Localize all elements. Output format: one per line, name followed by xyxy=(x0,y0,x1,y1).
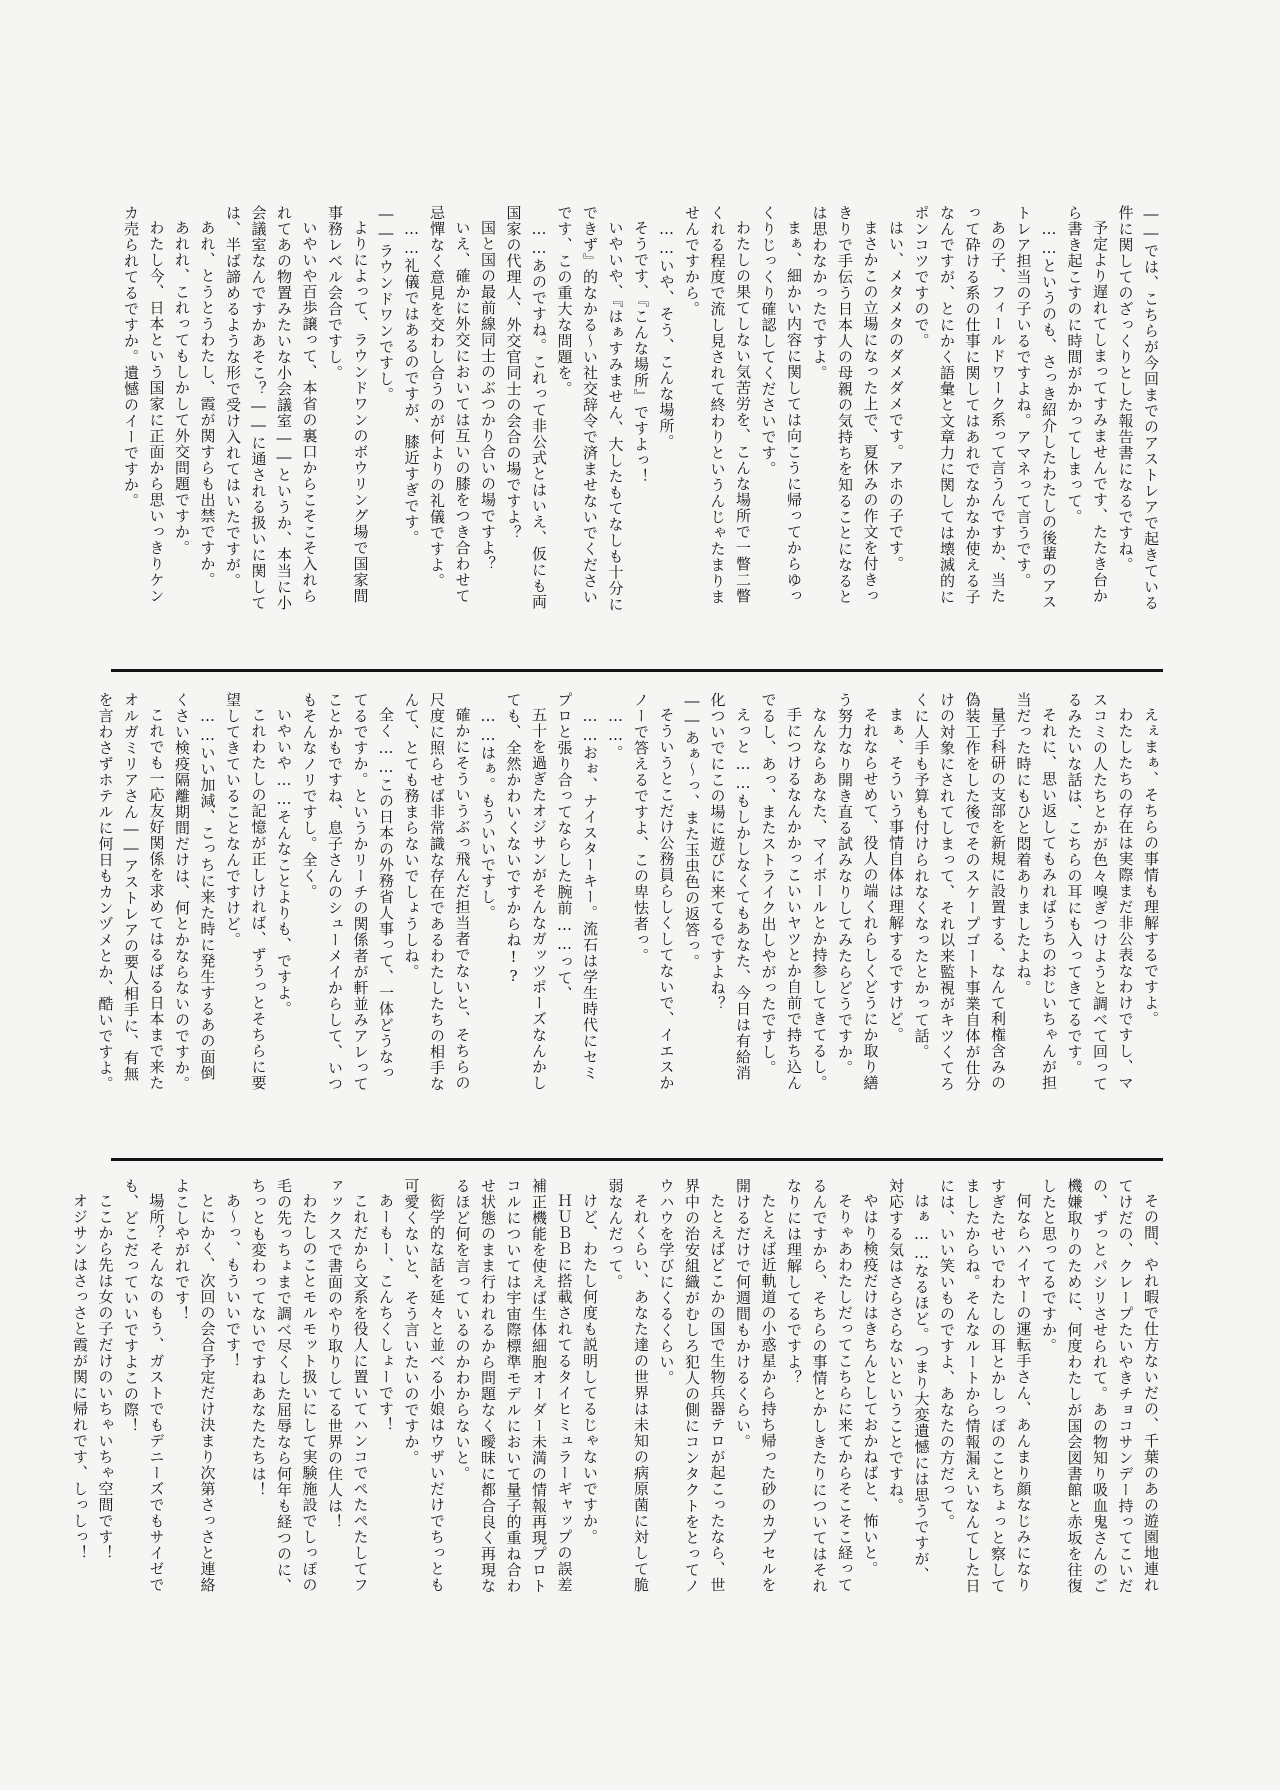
paragraph: あれ、とうとうわたし、霞が関すらも出禁ですか。 xyxy=(194,205,220,617)
paragraph: あれれ、これってもしかして外交問題ですか。 xyxy=(169,205,195,617)
paragraph: たとえば近軌道の小惑星から持ち帰った砂のカプセルを開けるだけで何週間もかけるくら… xyxy=(730,1178,781,1596)
paragraph: よりによって、ラウンドワンのボウリング場で国家間事務レベル会合ですし。 xyxy=(322,205,373,617)
paragraph: ……というのも、さっき紹介したわたしの後輩のアストレア担当の子いるですよね。アマ… xyxy=(1010,205,1061,617)
paragraph: それくらい、あなた達の世界は未知の病原菌に対して脆弱なんだって。 xyxy=(602,1178,653,1596)
paragraph: その間、やれ暇で仕方ないだの、千葉のあの遊園地連れてけだの、クレープたいやきチョ… xyxy=(1036,1178,1164,1596)
paragraph: 国と国の最前線同士のぶつかり合いの場ですよ？ xyxy=(475,205,501,617)
paragraph: まぁ、細かい内容に関しては向こうに帰ってからゆっくりじっくり確認してくださいです… xyxy=(755,205,806,617)
paragraph: ……。 xyxy=(602,692,628,1094)
paragraph: あーもー、こんちくしょーです！ xyxy=(373,1178,399,1596)
paragraph: わたしたちの存在は実際まだ非公表なわけですし、マスコミの人たちとかが色々嗅ぎつけ… xyxy=(1061,692,1138,1094)
paragraph: いやいや……そんなことよりも、ですよ。 xyxy=(271,692,297,1094)
paragraph: 予定より遅れてしまってすみませんです、たたき台から書き起こすのに時間がかかってし… xyxy=(1061,205,1112,617)
paragraph: はぁ……なるほど。つまり大変遺憾には思うですが、対応する気はさらさらないというこ… xyxy=(883,1178,934,1596)
paragraph: 場所？そんなのもう、ガストでもデニーズでもサイゼでも、どこだっていいですよこの際… xyxy=(118,1178,169,1596)
paragraph: いやいや百歩譲って、本省の裏口からこそこそ入れられてあの物置みたいな小会議室――… xyxy=(220,205,322,617)
paragraph: ここから先は女の子だけのいちゃいちゃ空間です！ xyxy=(92,1178,118,1596)
section-divider-1 xyxy=(111,669,1163,672)
paragraph: そういうとこだけ公務員らしくしてないで、イエスかノーで答えるですよ、この卑怯者っ… xyxy=(628,692,679,1094)
paragraph: ――ラウンドワンですし。 xyxy=(373,205,399,617)
paragraph: これだから文系を役人に置いてハンコでぺたぺたしてファックスで書面のやり取りしてる… xyxy=(322,1178,373,1596)
paragraph: えっと……もしかしなくてもあなた、今日は有給消化ついでにこの場に遊びに来てるです… xyxy=(704,692,755,1094)
paragraph: これわたしの記憶が正しければ、ずうっとそちらに要望してきていることなんですけど。 xyxy=(220,692,271,1094)
paragraph: 全く……この日本の外務省人事って、一体どうなってるですか。というかリーチの関係者… xyxy=(296,692,398,1094)
paragraph: なんならあなた、マイボールとか持参してきてるし。 xyxy=(806,692,832,1094)
paragraph: ――では、こちらが今回までのアストレアで起きている件に関してのざっくりとした報告… xyxy=(1112,205,1163,617)
paragraph: 確かにそういうぶっ飛んだ担当者でないと、そちらの尺度に照らせば非常識な存在である… xyxy=(398,692,475,1094)
paragraph: ――あぁ～っ、また玉虫色の返答っ。 xyxy=(679,692,705,1094)
paragraph: わたしの果てしない気苦労を、こんな場所で一瞥二瞥くれる程度で流し見されて終わりと… xyxy=(679,205,756,617)
paragraph: 量子科研の支部を新規に設置する、なんて利権含みの偽装工作をした後でそのスケープゴ… xyxy=(908,692,1010,1094)
paragraph: はい、メタメタのダメダメです。アホの子です。 xyxy=(883,205,909,617)
paragraph: 五十を過ぎたオジサンがそんなガッツポーズなんかしても、全然かわいくないですからね… xyxy=(500,692,551,1094)
paragraph: まさかこの立場になった上で、夏休みの作文を付きっきりで手伝う日本人の母親の気持ち… xyxy=(806,205,883,617)
paragraph: とにかく、次回の会合予定だけ決まり次第さっさと連絡よこしやがれです！ xyxy=(169,1178,220,1596)
paragraph: あ～っ、もういいです！ xyxy=(220,1178,246,1596)
paragraph: わたしのことモルモット扱いにして実験施設でしっぽの毛の先っちょまで調べ尽くした屈… xyxy=(245,1178,322,1596)
paragraph: ……はぁ。もういいですし。 xyxy=(475,692,501,1094)
paragraph: それならせめて、役人の端くれらしくどうにか取り繕う努力なり開き直る試みなりしてみ… xyxy=(832,692,883,1094)
paragraph: そうです、『こんな場所』ですよっ！ xyxy=(628,205,654,617)
paragraph: ＨＵＢＢに搭載されてるタイヒミュラーギャップの誤差補正機能を使えば生体細胞オーダ… xyxy=(449,1178,577,1596)
text-block-1: ――では、こちらが今回までのアストレアで起きている件に関してのざっくりとした報告… xyxy=(111,205,1163,617)
paragraph: いやいや、『はぁすみません、大したもてなしも十分にできず』的なかる～い社交辞令で… xyxy=(551,205,628,617)
book-page: ――では、こちらが今回までのアストレアで起きている件に関してのざっくりとした報告… xyxy=(0,0,1280,1790)
paragraph: まぁ、そういう事情自体は理解するですけど。 xyxy=(883,692,909,1094)
paragraph: 何ならハイヤーの運転手さん、あんまり顔なじみになりすぎたせいでわたしの耳とかしっ… xyxy=(934,1178,1036,1596)
paragraph: 手につけるなんかかっこいいヤツとか自前で持ち込んでるし、あっ、またストライク出し… xyxy=(755,692,806,1094)
paragraph: オジサンはさっさと霞が関に帰れです、しっしっ！ xyxy=(67,1178,93,1596)
paragraph: ……礼儀ではあるのですが、膝近すぎです。 xyxy=(398,205,424,617)
text-block-3: その間、やれ暇で仕方ないだの、千葉のあの遊園地連れてけだの、クレープたいやきチョ… xyxy=(111,1178,1163,1596)
paragraph: そりゃあわたしだってこちらに来てからそこそこ経ってるんですから、そちらの事情とか… xyxy=(781,1178,858,1596)
paragraph: これでも一応友好関係を求めてはるばる日本まで来たオルガミリアさん――アストレアの… xyxy=(92,692,169,1094)
paragraph: やはり検疫だけはきちんとしておかねばと、怖いと。 xyxy=(857,1178,883,1596)
text-block-2: えぇまぁ、そちらの事情も理解するですよ。わたしたちの存在は実際まだ非公表なわけで… xyxy=(111,692,1163,1094)
paragraph: いえ、確かに外交においては互いの膝をつき合わせて忌憚なく意見を交わし合うのが何よ… xyxy=(424,205,475,617)
paragraph: あの子、フィールドワーク系って言うんですか、当たって砕ける系の仕事に関してはあれ… xyxy=(908,205,1010,617)
paragraph: ……おぉ、ナイスターキー。流石は学生時代にセミプロと張り合ってならした腕前……っ… xyxy=(551,692,602,1094)
paragraph: わたし今、日本という国家に正面から思いっきりケンカ売られてるですか。遺憾のイーで… xyxy=(118,205,169,617)
paragraph: えぇまぁ、そちらの事情も理解するですよ。 xyxy=(1138,692,1164,1094)
paragraph: ……いや、そう、こんな場所。 xyxy=(653,205,679,617)
paragraph: たとえばどこかの国で生物兵器テロが起こったなら、世界中の治安組織がむしろ犯人の側… xyxy=(653,1178,730,1596)
paragraph: ……いい加減、こっちに来た時に発生するあの面倒くさい検疫隔離期間だけは、何とかな… xyxy=(169,692,220,1094)
section-divider-2 xyxy=(111,1158,1163,1161)
paragraph: けど、わたし何度も説明してるじゃないですか。 xyxy=(577,1178,603,1596)
paragraph: それに、思い返してもみればうちのおじいちゃんが担当だった時にもひと悶着ありました… xyxy=(1010,692,1061,1094)
paragraph: ……あのですね。これって非公式とはいえ、仮にも両国家の代理人、外交官同士の会合の… xyxy=(500,205,551,617)
paragraph: 衒学的な話を延々と並べる小娘はウザいだけでちっとも可愛くないと、そう言いたいので… xyxy=(398,1178,449,1596)
